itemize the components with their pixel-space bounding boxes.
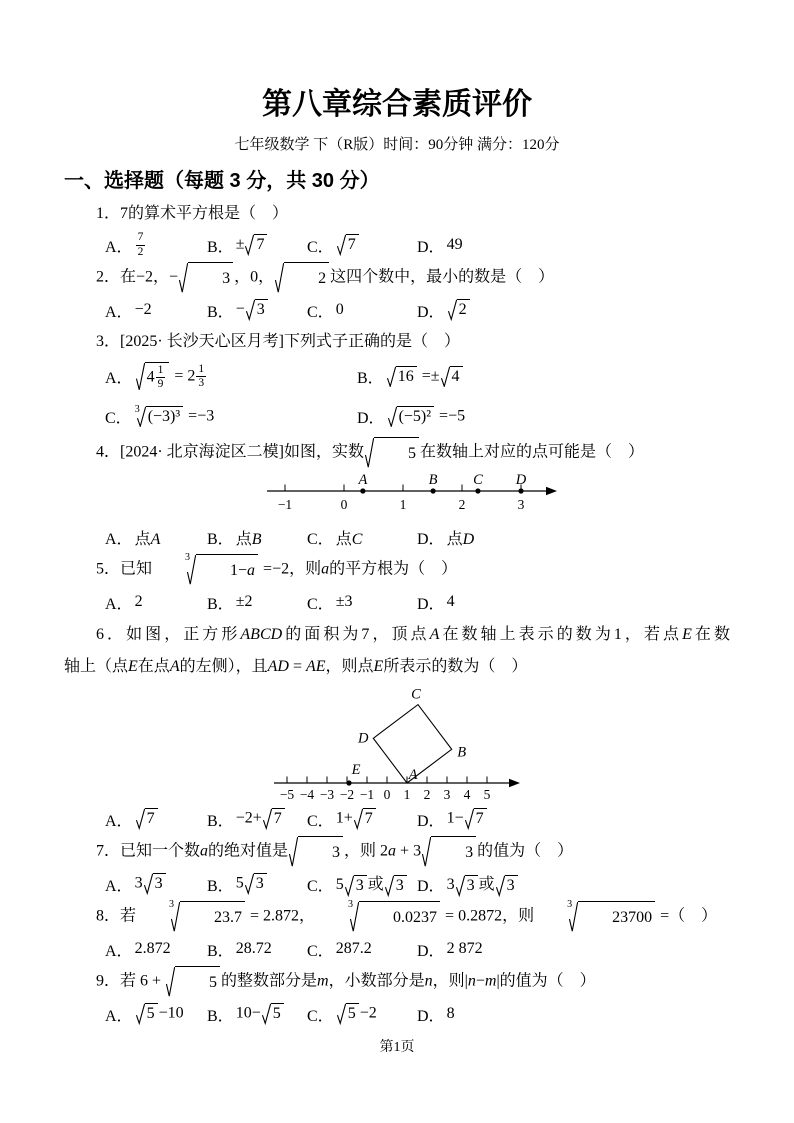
options-row: C．3(−3)³ =−3 D．(−5)² =−5: [105, 397, 730, 437]
option-text: 33: [135, 873, 167, 895]
option-b: B．10−5: [207, 1003, 307, 1026]
question-stem: 2．在−2，−3，0，2这四个数中，最小的数是（ ）: [64, 262, 730, 294]
option-label: A．: [105, 1003, 133, 1026]
option-b: B．−2+7: [207, 808, 307, 831]
svg-text:A: A: [357, 473, 367, 488]
option-text: −2+7: [236, 808, 286, 830]
option-d: D．33或3: [417, 871, 730, 896]
option-text: 419 = 213: [135, 362, 208, 391]
option-c: C．5−2: [307, 1003, 417, 1026]
option-label: A．: [105, 938, 133, 961]
svg-text:D: D: [515, 473, 527, 488]
page-title: 第八章综合素质评价: [64, 88, 730, 123]
option-label: A．: [105, 808, 133, 831]
svg-text:−2: −2: [340, 787, 354, 802]
svg-text:−4: −4: [300, 787, 315, 802]
option-a: A．5−10: [105, 1003, 207, 1026]
option-c: C．1+7: [307, 808, 417, 831]
svg-text:D: D: [357, 730, 369, 746]
option-label: B．: [207, 808, 234, 831]
option-a: A．2: [105, 591, 207, 614]
exam-page: 第八章综合素质评价 七年级数学 下（R版）时间：90分钟 满分：120分 一、选…: [0, 0, 794, 1123]
options-row: A．419 = 213 B．16 =±4: [105, 357, 730, 397]
svg-text:−5: −5: [280, 787, 295, 802]
svg-text:E: E: [351, 762, 361, 778]
question-7: 7．已知一个数a的绝对值是3，则 2a + 33的值为（ ） A．33 B．53…: [64, 836, 730, 901]
option-text: 3(−3)³ =−3: [134, 406, 215, 428]
svg-text:4: 4: [464, 787, 471, 802]
option-label: B．: [207, 234, 234, 257]
question-stem: 5．已知31−a =−2，则a的平方根为（ ）: [64, 554, 730, 586]
option-c: C．3(−3)³ =−3: [105, 405, 357, 428]
options-row: A．5−10 B．10−5 C．5−2 D．8: [105, 998, 730, 1031]
option-text: 0: [336, 301, 344, 319]
option-text: 53或3: [336, 871, 408, 896]
q4-figure-wrap: −10123ABCD: [260, 473, 730, 519]
question-8: 8．若323.7 = 2.872，30.0237 = 0.2872，则32370…: [64, 901, 730, 966]
svg-text:B: B: [457, 744, 466, 760]
option-text: 点B: [236, 526, 262, 549]
option-label: D．: [417, 1003, 445, 1026]
option-b: B．±7: [207, 234, 307, 257]
svg-text:3: 3: [518, 497, 525, 512]
option-text: ±3: [336, 593, 353, 611]
question-stem: 3．[2025· 长沙天心区月考]下列式子正确的是（ ）: [64, 327, 730, 357]
svg-text:0: 0: [384, 787, 391, 802]
option-label: C．: [307, 1003, 334, 1026]
option-label: B．: [207, 938, 234, 961]
section-heading: 一、选择题（每题 3 分，共 30 分）: [64, 169, 730, 193]
option-text: 28.72: [236, 940, 272, 958]
option-label: D．: [417, 591, 445, 614]
q6-square-numberline-figure: −5−4−3−2−1012345EABCD: [272, 685, 567, 803]
option-d: D．点D: [417, 526, 730, 549]
svg-text:−3: −3: [320, 787, 335, 802]
option-label: A．: [105, 526, 133, 549]
question-stem: 8．若323.7 = 2.872，30.0237 = 0.2872，则32370…: [64, 901, 730, 933]
option-text: 点A: [135, 526, 161, 549]
option-text: 5−10: [135, 1003, 184, 1025]
option-a: A．点A: [105, 526, 207, 549]
svg-text:C: C: [473, 473, 483, 488]
option-label: B．: [357, 365, 384, 388]
option-text: 49: [447, 236, 463, 254]
option-b: B．点B: [207, 526, 307, 549]
options-row: A．2 B．±2 C．±3 D．4: [105, 586, 730, 619]
svg-text:B: B: [429, 473, 438, 488]
option-c: C．±3: [307, 591, 417, 614]
option-text: ±7: [236, 234, 269, 256]
option-text: −2: [135, 301, 152, 319]
option-text: 2: [135, 593, 143, 611]
option-a: A．−2: [105, 299, 207, 322]
option-text: 1−7: [447, 808, 488, 830]
option-a: A．33: [105, 873, 207, 896]
option-label: A．: [105, 299, 133, 322]
question-stem: 9．若 6 + 5的整数部分是m，小数部分是n，则|n−m|的值为（ ）: [64, 966, 730, 998]
option-text: 1+7: [336, 808, 377, 830]
option-text: 点C: [336, 526, 363, 549]
option-b: B．53: [207, 873, 307, 896]
options-row: A．2.872 B．28.72 C．287.2 D．2 872: [105, 933, 730, 966]
option-b: B．16 =±4: [357, 365, 730, 388]
question-stem: 1．7的算术平方根是（ ）: [64, 199, 730, 229]
q4-numberline-figure: −10123ABCD: [260, 473, 560, 519]
option-d: D．(−5)² =−5: [357, 405, 730, 428]
option-c: C．7: [307, 234, 417, 257]
option-a: A．419 = 213: [105, 362, 357, 391]
page-footer: 第1页: [0, 1036, 794, 1056]
question-stem: 6．如图，正方形ABCD的面积为7，顶点A在数轴上表示的数为1，若点E在数: [64, 619, 730, 651]
option-label: B．: [207, 591, 234, 614]
page-subtitle: 七年级数学 下（R版）时间：90分钟 满分：120分: [64, 136, 730, 154]
option-d: D．2: [417, 299, 730, 322]
question-stem-continued: 轴上（点E在点A的左侧），且AD = AE，则点E所表示的数为（ ）: [64, 651, 730, 683]
option-c: C．0: [307, 299, 417, 322]
option-label: C．: [307, 299, 334, 322]
option-text: −3: [236, 299, 269, 321]
options-row: A．72 B．±7 C．7 D．49: [105, 229, 730, 262]
option-label: C．: [307, 873, 334, 896]
option-text: 2: [447, 299, 471, 321]
svg-text:−1: −1: [278, 497, 292, 512]
svg-text:2: 2: [459, 497, 466, 512]
svg-text:−1: −1: [360, 787, 374, 802]
option-text: 2 872: [447, 940, 483, 958]
options-row: A．7 B．−2+7 C．1+7 D．1−7: [105, 803, 730, 836]
svg-text:A: A: [408, 767, 418, 783]
option-label: D．: [357, 405, 385, 428]
option-b: B．−3: [207, 299, 307, 322]
option-text: 8: [447, 1005, 455, 1023]
option-d: D．8: [417, 1003, 730, 1026]
option-text: 5−2: [336, 1003, 377, 1025]
option-c: C．点C: [307, 526, 417, 549]
option-text: 287.2: [336, 940, 372, 958]
option-b: B．28.72: [207, 938, 307, 961]
options-row: A．33 B．53 C．53或3 D．33或3: [105, 868, 730, 901]
option-c: C．53或3: [307, 871, 417, 896]
question-1: 1．7的算术平方根是（ ） A．72 B．±7 C．7 D．49: [64, 199, 730, 262]
option-label: C．: [307, 808, 334, 831]
svg-text:5: 5: [484, 787, 491, 802]
svg-text:0: 0: [341, 497, 348, 512]
option-text: 16 =±4: [386, 366, 464, 388]
option-label: B．: [207, 873, 234, 896]
option-label: C．: [307, 526, 334, 549]
option-label: C．: [105, 405, 132, 428]
option-text: 7: [135, 808, 159, 830]
option-a: A．72: [105, 231, 207, 258]
option-label: C．: [307, 591, 334, 614]
option-label: D．: [417, 938, 445, 961]
option-label: B．: [207, 299, 234, 322]
option-text: 4: [447, 593, 455, 611]
question-stem: 7．已知一个数a的绝对值是3，则 2a + 33的值为（ ）: [64, 836, 730, 868]
svg-text:1: 1: [404, 787, 411, 802]
svg-text:C: C: [411, 686, 421, 702]
svg-text:1: 1: [400, 497, 407, 512]
option-label: A．: [105, 234, 133, 257]
option-label: B．: [207, 1003, 234, 1026]
question-5: 5．已知31−a =−2，则a的平方根为（ ） A．2 B．±2 C．±3 D．…: [64, 554, 730, 619]
option-label: C．: [307, 234, 334, 257]
option-d: D．49: [417, 234, 730, 257]
option-label: D．: [417, 234, 445, 257]
option-label: D．: [417, 299, 445, 322]
question-9: 9．若 6 + 5的整数部分是m，小数部分是n，则|n−m|的值为（ ） A．5…: [64, 966, 730, 1031]
option-label: A．: [105, 873, 133, 896]
option-text: 7: [336, 234, 360, 256]
option-text: (−5)² =−5: [387, 406, 466, 428]
svg-text:2: 2: [424, 787, 431, 802]
question-3: 3．[2025· 长沙天心区月考]下列式子正确的是（ ） A．419 = 213…: [64, 327, 730, 437]
option-label: B．: [207, 526, 234, 549]
option-d: D．1−7: [417, 808, 730, 831]
question-4: 4．[2024· 北京海淀区二模]如图，实数5在数轴上对应的点可能是（ ） −1…: [64, 437, 730, 554]
option-text: 点D: [447, 526, 475, 549]
svg-text:3: 3: [444, 787, 451, 802]
option-b: B．±2: [207, 591, 307, 614]
option-text: 10−5: [236, 1003, 285, 1025]
q6-figure-wrap: −5−4−3−2−1012345EABCD: [272, 685, 730, 803]
option-a: A．2.872: [105, 938, 207, 961]
options-row: A．点A B．点B C．点C D．点D: [105, 521, 730, 554]
option-c: C．287.2: [307, 938, 417, 961]
option-label: A．: [105, 365, 133, 388]
option-text: 72: [135, 231, 147, 258]
option-label: C．: [307, 938, 334, 961]
option-label: D．: [417, 526, 445, 549]
option-text: 33或3: [447, 871, 519, 896]
option-text: 2.872: [135, 940, 171, 958]
option-label: A．: [105, 591, 133, 614]
question-stem: 4．[2024· 北京海淀区二模]如图，实数5在数轴上对应的点可能是（ ）: [64, 437, 730, 469]
option-a: A．7: [105, 808, 207, 831]
option-label: D．: [417, 873, 445, 896]
option-label: D．: [417, 808, 445, 831]
option-text: 53: [236, 873, 268, 895]
option-d: D．2 872: [417, 938, 730, 961]
question-6: 6．如图，正方形ABCD的面积为7，顶点A在数轴上表示的数为1，若点E在数 轴上…: [64, 619, 730, 836]
question-2: 2．在−2，−3，0，2这四个数中，最小的数是（ ） A．−2 B．−3 C．0…: [64, 262, 730, 327]
option-d: D．4: [417, 591, 730, 614]
options-row: A．−2 B．−3 C．0 D．2: [105, 294, 730, 327]
option-text: ±2: [236, 593, 253, 611]
